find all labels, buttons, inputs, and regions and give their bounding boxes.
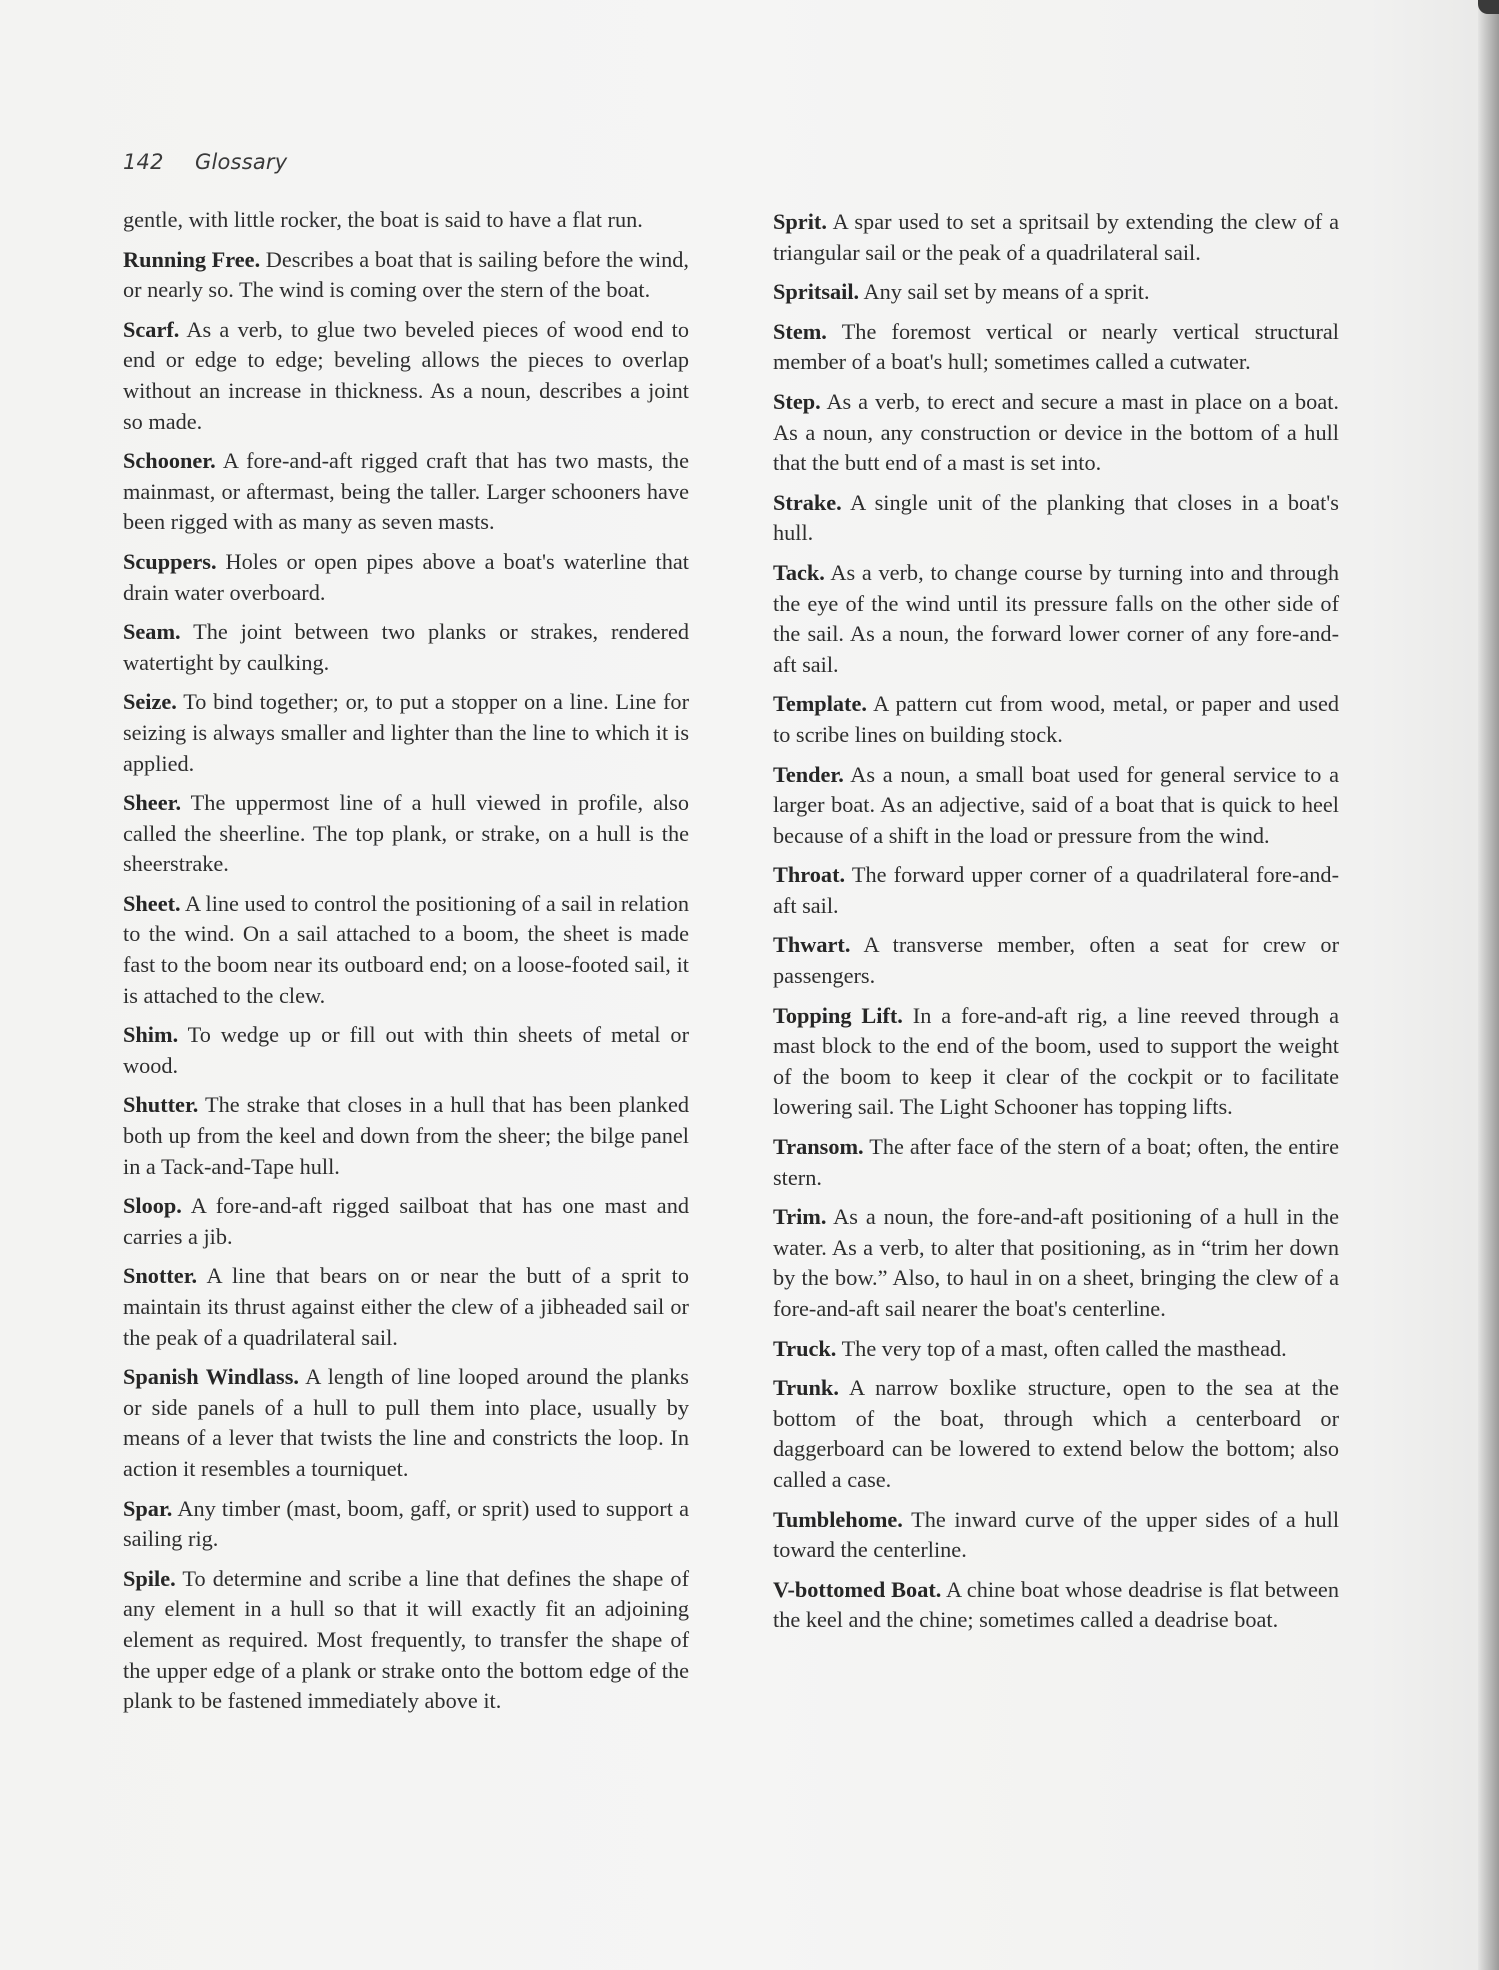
glossary-definition: As a verb, to erect and secure a mast in… xyxy=(773,389,1339,475)
glossary-definition: As a verb, to change course by turning i… xyxy=(773,560,1339,677)
continued-text: gentle, with little rocker, the boat is … xyxy=(123,205,689,236)
glossary-term: Spar. xyxy=(123,1496,172,1521)
glossary-definition: The forward upper corner of a quadrilate… xyxy=(773,862,1339,918)
glossary-entry: Sheer. The uppermost line of a hull view… xyxy=(123,788,689,880)
page-corner-shadow xyxy=(1478,0,1499,14)
glossary-term: Step. xyxy=(773,389,821,414)
glossary-definition: A transverse member, often a seat for cr… xyxy=(773,932,1339,988)
glossary-entry: Running Free. Describes a boat that is s… xyxy=(123,245,689,306)
glossary-entry: Trunk. A narrow boxlike structure, open … xyxy=(773,1373,1339,1495)
glossary-definition: To determine and scribe a line that defi… xyxy=(123,1566,689,1713)
glossary-definition: The strake that closes in a hull that ha… xyxy=(123,1092,689,1178)
glossary-entry: Sheet. A line used to control the positi… xyxy=(123,889,689,1011)
glossary-term: Trim. xyxy=(773,1204,826,1229)
glossary-entry: Strake. A single unit of the planking th… xyxy=(773,488,1339,549)
glossary-definition: To wedge up or fill out with thin sheets… xyxy=(123,1022,689,1078)
glossary-entry: Tender. As a noun, a small boat used for… xyxy=(773,760,1339,852)
glossary-entry: Scuppers. Holes or open pipes above a bo… xyxy=(123,547,689,608)
glossary-entry: Template. A pattern cut from wood, metal… xyxy=(773,689,1339,750)
glossary-term: Stem. xyxy=(773,319,827,344)
glossary-entry: Throat. The forward upper corner of a qu… xyxy=(773,860,1339,921)
glossary-entry: Spar. Any timber (mast, boom, gaff, or s… xyxy=(123,1494,689,1555)
glossary-term: Spile. xyxy=(123,1566,176,1591)
glossary-entry: Transom. The after face of the stern of … xyxy=(773,1132,1339,1193)
glossary-entry: Tack. As a verb, to change course by tur… xyxy=(773,558,1339,680)
glossary-entry: V-bottomed Boat. A chine boat whose dead… xyxy=(773,1575,1339,1636)
glossary-term: Sheet. xyxy=(123,891,181,916)
section-title: Glossary xyxy=(195,150,287,174)
glossary-entry: Scarf. As a verb, to glue two beveled pi… xyxy=(123,315,689,437)
glossary-entry: Schooner. A fore-and-aft rigged craft th… xyxy=(123,446,689,538)
left-column: gentle, with little rocker, the boat is … xyxy=(123,205,689,1726)
glossary-term: Topping Lift. xyxy=(773,1003,903,1028)
glossary-entry: Shim. To wedge up or fill out with thin … xyxy=(123,1020,689,1081)
page-gutter-shadow xyxy=(1478,0,1499,1970)
glossary-definition: Any sail set by means of a sprit. xyxy=(863,279,1149,304)
right-column: Sprit. A spar used to set a spritsail by… xyxy=(773,207,1339,1645)
glossary-entry: Stem. The foremost vertical or nearly ve… xyxy=(773,317,1339,378)
glossary-definition: The very top of a mast, often called the… xyxy=(842,1336,1287,1361)
glossary-term: Spanish Windlass. xyxy=(123,1364,299,1389)
glossary-entry: Truck. The very top of a mast, often cal… xyxy=(773,1334,1339,1365)
glossary-term: Scarf. xyxy=(123,317,179,342)
glossary-definition: A fore-and-aft rigged sailboat that has … xyxy=(123,1193,689,1249)
glossary-definition: Any timber (mast, boom, gaff, or sprit) … xyxy=(123,1496,689,1552)
right-entry-list: Sprit. A spar used to set a spritsail by… xyxy=(773,207,1339,1636)
glossary-definition: As a noun, a small boat used for general… xyxy=(773,762,1339,848)
glossary-term: Shim. xyxy=(123,1022,178,1047)
glossary-term: Running Free. xyxy=(123,247,260,272)
glossary-definition: As a verb, to glue two beveled pieces of… xyxy=(123,317,689,434)
glossary-entry: Spanish Windlass. A length of line loope… xyxy=(123,1362,689,1484)
glossary-term: Seam. xyxy=(123,619,181,644)
glossary-term: Transom. xyxy=(773,1134,864,1159)
glossary-term: Thwart. xyxy=(773,932,850,957)
glossary-term: Throat. xyxy=(773,862,845,887)
glossary-term: Trunk. xyxy=(773,1375,839,1400)
glossary-entry: Seize. To bind together; or, to put a st… xyxy=(123,687,689,779)
glossary-term: Spritsail. xyxy=(773,279,859,304)
glossary-term: Scuppers. xyxy=(123,549,217,574)
glossary-term: Sloop. xyxy=(123,1193,182,1218)
glossary-definition: A spar used to set a spritsail by extend… xyxy=(773,209,1339,265)
glossary-definition: A narrow boxlike structure, open to the … xyxy=(773,1375,1339,1492)
glossary-entry: Seam. The joint between two planks or st… xyxy=(123,617,689,678)
glossary-entry: Shutter. The strake that closes in a hul… xyxy=(123,1090,689,1182)
running-head: 142Glossary xyxy=(123,150,287,174)
glossary-term: Tender. xyxy=(773,762,844,787)
glossary-entry: Spile. To determine and scribe a line th… xyxy=(123,1564,689,1717)
glossary-definition: A single unit of the planking that close… xyxy=(773,490,1339,546)
glossary-definition: The foremost vertical or nearly vertical… xyxy=(773,319,1339,375)
glossary-entry: Tumblehome. The inward curve of the uppe… xyxy=(773,1505,1339,1566)
glossary-term: Sheer. xyxy=(123,790,181,815)
glossary-entry: Thwart. A transverse member, often a sea… xyxy=(773,930,1339,991)
glossary-entry: Snotter. A line that bears on or near th… xyxy=(123,1261,689,1353)
glossary-definition: The uppermost line of a hull viewed in p… xyxy=(123,790,689,876)
page-number: 142 xyxy=(123,150,195,174)
glossary-term: Schooner. xyxy=(123,448,216,473)
glossary-term: Tack. xyxy=(773,560,825,585)
glossary-term: Template. xyxy=(773,691,867,716)
glossary-entry: Sprit. A spar used to set a spritsail by… xyxy=(773,207,1339,268)
glossary-definition: A line used to control the positioning o… xyxy=(123,891,689,1008)
glossary-entry: Topping Lift. In a fore-and-aft rig, a l… xyxy=(773,1001,1339,1123)
left-entry-list: Running Free. Describes a boat that is s… xyxy=(123,245,689,1717)
glossary-entry: Step. As a verb, to erect and secure a m… xyxy=(773,387,1339,479)
glossary-term: Snotter. xyxy=(123,1263,197,1288)
glossary-entry: Trim. As a noun, the fore-and-aft positi… xyxy=(773,1202,1339,1324)
glossary-term: Shutter. xyxy=(123,1092,198,1117)
glossary-definition: As a noun, the fore-and-aft positioning … xyxy=(773,1204,1339,1321)
glossary-definition: The joint between two planks or strakes,… xyxy=(123,619,689,675)
glossary-term: V-bottomed Boat. xyxy=(773,1577,941,1602)
glossary-term: Seize. xyxy=(123,689,177,714)
glossary-definition: A line that bears on or near the butt of… xyxy=(123,1263,689,1349)
glossary-term: Sprit. xyxy=(773,209,827,234)
glossary-entry: Sloop. A fore-and-aft rigged sailboat th… xyxy=(123,1191,689,1252)
glossary-term: Tumblehome. xyxy=(773,1507,903,1532)
glossary-definition: To bind together; or, to put a stopper o… xyxy=(123,689,689,775)
glossary-term: Strake. xyxy=(773,490,842,515)
glossary-entry: Spritsail. Any sail set by means of a sp… xyxy=(773,277,1339,308)
glossary-term: Truck. xyxy=(773,1336,836,1361)
